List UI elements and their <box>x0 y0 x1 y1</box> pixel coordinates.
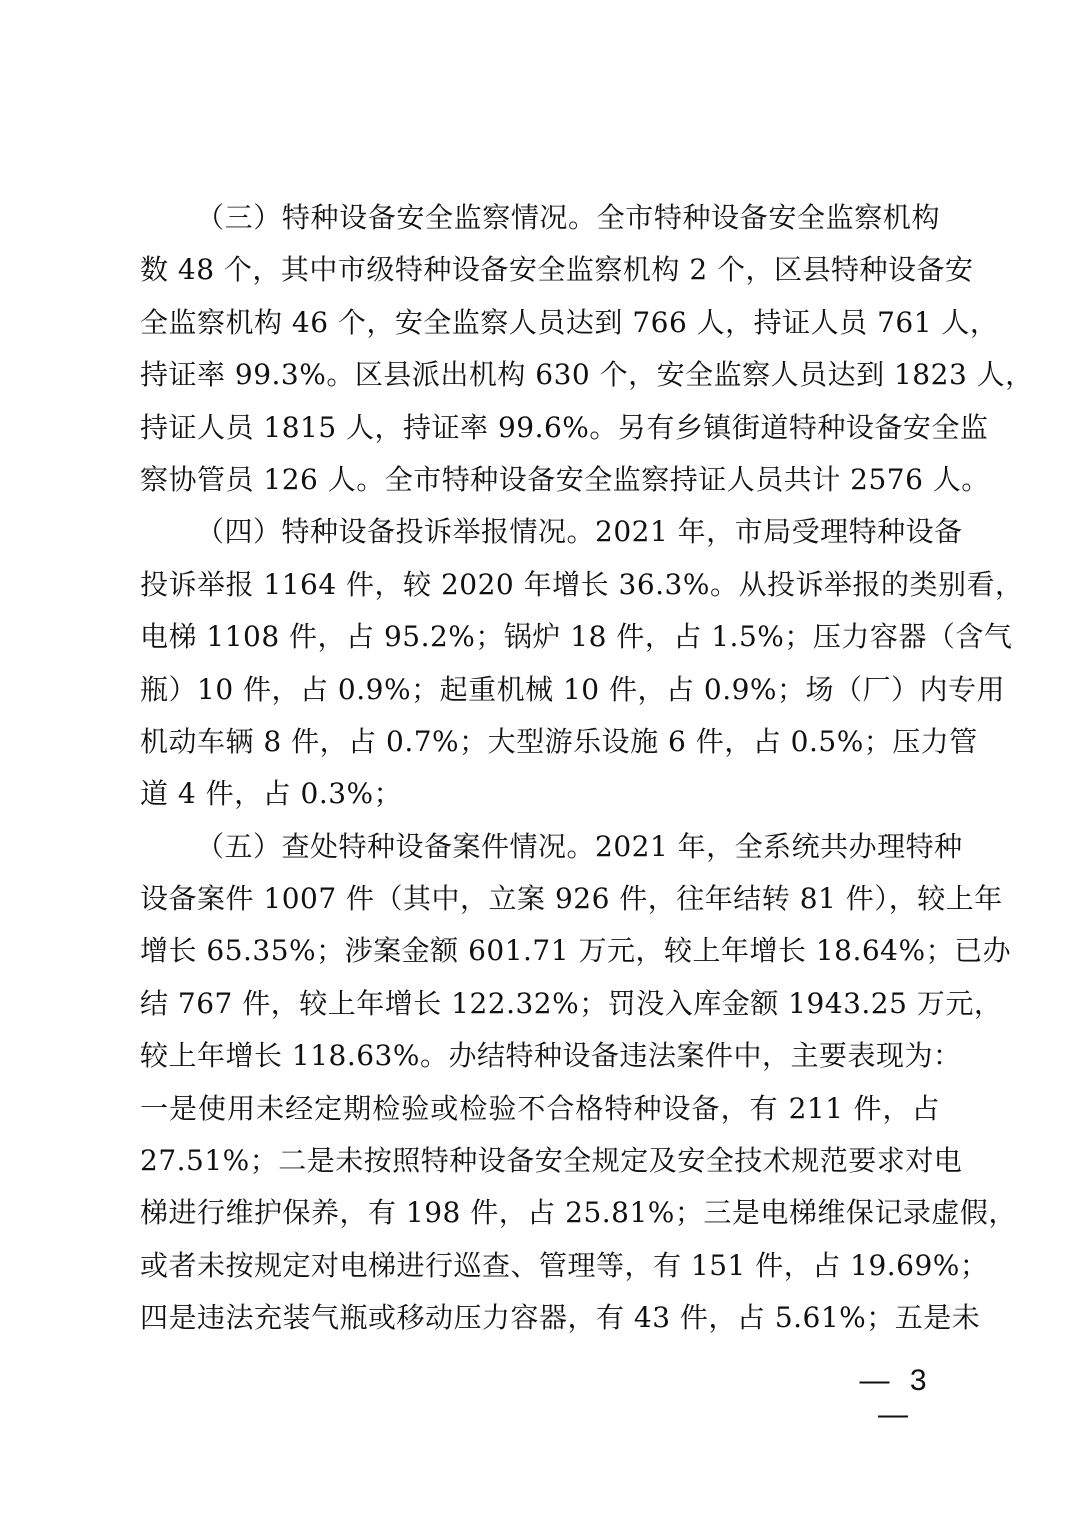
body-text: （三）特种设备安全监察情况。全市特种设备安全监察机构 数 48 个，其中市级特种… <box>140 192 940 1345</box>
text-line: 察协管员 126 人。全市特种设备安全监察持证人员共计 2576 人。 <box>140 454 940 506</box>
document-page: （三）特种设备安全监察情况。全市特种设备安全监察机构 数 48 个，其中市级特种… <box>0 0 1074 1520</box>
text-line: 增长 65.35%；涉案金额 601.71 万元，较上年增长 18.64%；已办 <box>140 925 940 977</box>
text-line: 或者未按规定对电梯进行巡查、管理等，有 151 件，占 19.69%； <box>140 1240 940 1292</box>
text-line: 一是使用未经定期检验或检验不合格特种设备，有 211 件，占 <box>140 1083 940 1135</box>
text-line: 电梯 1108 件，占 95.2%；锅炉 18 件，占 1.5%；压力容器（含气 <box>140 611 940 663</box>
section-4-heading-line: （四）特种设备投诉举报情况。2021 年，市局受理特种设备 <box>140 506 940 558</box>
text-line: 道 4 件，占 0.3%； <box>140 768 940 820</box>
text-line: 较上年增长 118.63%。办结特种设备违法案件中，主要表现为： <box>140 1030 940 1082</box>
page-number: — 3 — <box>846 1364 946 1432</box>
text-line: 持证人员 1815 人，持证率 99.6%。另有乡镇街道特种设备安全监 <box>140 402 940 454</box>
section-5-heading-line: （五）查处特种设备案件情况。2021 年，全系统共办理特种 <box>140 821 940 873</box>
text-line: 全监察机构 46 个，安全监察人员达到 766 人，持证人员 761 人， <box>140 297 940 349</box>
text-line: 投诉举报 1164 件，较 2020 年增长 36.3%。从投诉举报的类别看， <box>140 559 940 611</box>
text-line: 瓶）10 件，占 0.9%；起重机械 10 件，占 0.9%；场（厂）内专用 <box>140 664 940 716</box>
text-line: 27.51%；二是未按照特种设备安全规定及安全技术规范要求对电 <box>140 1135 940 1187</box>
text-line: 持证率 99.3%。区县派出机构 630 个，安全监察人员达到 1823 人， <box>140 349 940 401</box>
text-line: 梯进行维护保养，有 198 件，占 25.81%；三是电梯维保记录虚假， <box>140 1187 940 1239</box>
text-line: 四是违法充装气瓶或移动压力容器，有 43 件，占 5.61%；五是未 <box>140 1292 940 1344</box>
text-line: 机动车辆 8 件，占 0.7%；大型游乐设施 6 件，占 0.5%；压力管 <box>140 716 940 768</box>
section-3-heading-line: （三）特种设备安全监察情况。全市特种设备安全监察机构 <box>140 192 940 244</box>
text-line: 设备案件 1007 件（其中，立案 926 件，往年结转 81 件），较上年 <box>140 873 940 925</box>
text-line: 数 48 个，其中市级特种设备安全监察机构 2 个，区县特种设备安 <box>140 244 940 296</box>
text-line: 结 767 件，较上年增长 122.32%；罚没入库金额 1943.25 万元， <box>140 978 940 1030</box>
